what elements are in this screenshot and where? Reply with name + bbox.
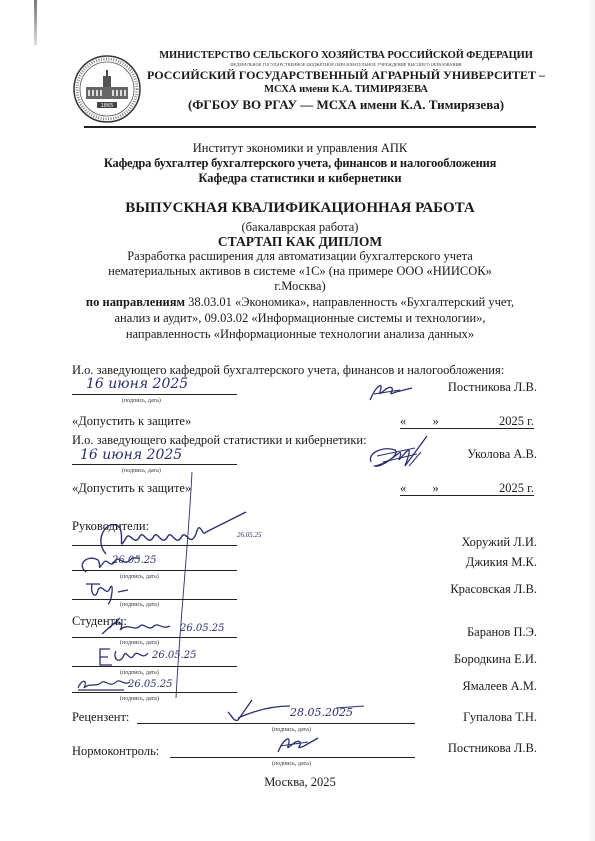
institute-name: Институт экономики и управления АПК <box>60 141 540 156</box>
signature-line <box>72 570 237 571</box>
svg-text:1865: 1865 <box>101 103 114 109</box>
signature-line <box>72 599 237 600</box>
signature-line <box>72 394 237 395</box>
scan-shadow <box>587 0 595 841</box>
supervisor-name: Красовская Л.В. <box>450 582 537 597</box>
signature-line <box>72 637 237 638</box>
header-divider <box>84 126 536 128</box>
admit-label: «Допустить к защите» <box>72 414 191 429</box>
handwritten-date: 26.05.25 <box>237 531 262 539</box>
signature-mark <box>100 616 180 638</box>
handwritten-date: 16 июня 2025 <box>86 376 188 392</box>
signature-caption: (подпись, дата) <box>272 761 311 767</box>
handwritten-date: 26.05.25 <box>112 555 157 566</box>
admit-date-underline <box>400 428 534 429</box>
handwritten-date: 26.05.25 <box>152 650 197 661</box>
university-header: 1865 МИНИСТЕРСТВО СЕЛЬСКОГО ХОЗЯЙСТВА РО… <box>72 50 542 130</box>
university-name-2: МСХА имени К.А. ТИМИРЯЗЕВА <box>146 84 546 95</box>
ministry-name: МИНИСТЕРСТВО СЕЛЬСКОГО ХОЗЯЙСТВА РОССИЙС… <box>146 50 546 61</box>
approver-name: Постникова Л.В. <box>448 380 537 395</box>
city-year: Москва, 2025 <box>60 775 540 790</box>
signature-line <box>72 666 237 667</box>
handwritten-date: 28.05.2025 <box>290 706 353 719</box>
signature-caption: (подпись, дата) <box>122 398 161 404</box>
signature-mark <box>365 432 435 476</box>
norm-control-label: Нормоконтроль: <box>72 744 159 759</box>
department-statistics: Кафедра статистики и кибернетики <box>60 171 540 186</box>
admit-date-field: « » 2025 г. <box>400 481 534 496</box>
work-format: СТАРТАП КАК ДИПЛОМ <box>60 234 540 250</box>
approver-name: Уколова А.В. <box>467 447 537 462</box>
work-subtitle: (бакалаврская работа) <box>60 220 540 235</box>
signature-line <box>72 545 237 546</box>
signature-mark <box>366 378 416 404</box>
student-name: Ямалеев А.М. <box>462 679 537 694</box>
admit-date-field: « » 2025 г. <box>400 414 534 429</box>
supervisor-name: Джикия М.К. <box>466 555 537 570</box>
institution-type: ФЕДЕРАЛЬНОЕ ГОСУДАРСТВЕННОЕ БЮДЖЕТНОЕ ОБ… <box>146 62 546 67</box>
signature-caption: (подпись, дата) <box>120 602 159 608</box>
handwritten-date: 26.05.25 <box>180 623 225 634</box>
directions-label: по направлениям <box>86 295 185 309</box>
admit-date-underline <box>400 495 534 496</box>
student-name: Бородкина Е.И. <box>454 652 537 667</box>
work-title: ВЫПУСКНАЯ КВАЛИФИКАЦИОННАЯ РАБОТА <box>60 200 540 217</box>
university-name: РОССИЙСКИЙ ГОСУДАРСТВЕННЫЙ АГРАРНЫЙ УНИВ… <box>146 68 546 83</box>
signature-line <box>72 692 237 693</box>
handwritten-date: 16 июня 2025 <box>80 447 182 463</box>
university-abbreviation: (ФГБОУ ВО РГАУ — МСХА имени К.А. Тимиряз… <box>146 97 546 113</box>
scan-edge <box>34 0 37 45</box>
student-name: Баранов П.Э. <box>467 625 537 640</box>
reviewer-name: Гупалова Т.Н. <box>463 710 537 725</box>
supervisor-name: Хоружий Л.И. <box>461 535 537 550</box>
signature-mark <box>272 732 322 758</box>
approval-role-statistics: И.о. заведующего кафедрой статистики и к… <box>72 433 367 448</box>
signature-caption: (подпись, дата) <box>122 468 161 474</box>
reviewer-label: Рецензент: <box>72 710 129 725</box>
work-directions: по направлениям 38.03.01 «Экономика», на… <box>60 294 540 342</box>
signature-line <box>170 757 415 758</box>
signature-line <box>137 723 415 724</box>
department-accounting: Кафедра бухгалтер бухгалтерского учета, … <box>60 156 540 171</box>
signature-caption: (подпись, дата) <box>120 696 159 702</box>
signature-line <box>72 464 237 465</box>
work-topic: Разработка расширения для автоматизации … <box>60 249 540 294</box>
norm-control-name: Постникова Л.В. <box>448 741 537 756</box>
handwritten-date: 26.05.25 <box>128 679 173 690</box>
university-emblem-icon: 1865 <box>72 54 142 124</box>
